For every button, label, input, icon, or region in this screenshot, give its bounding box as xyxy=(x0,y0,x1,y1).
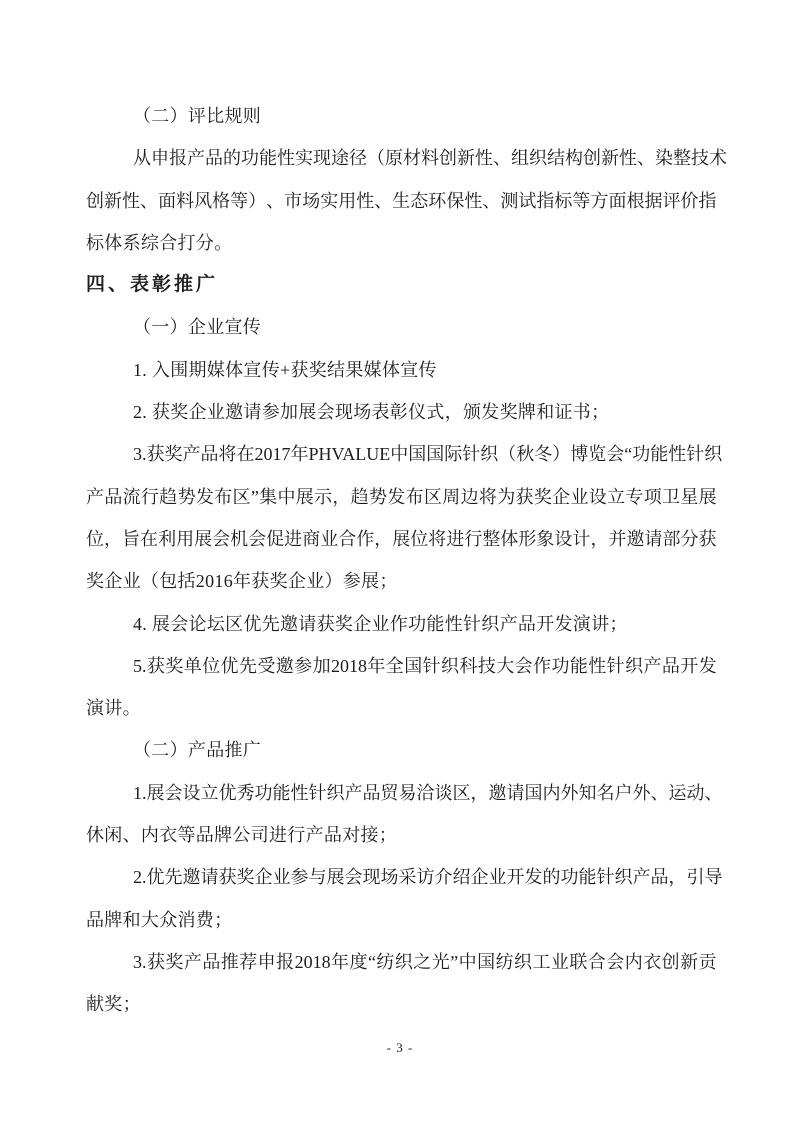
text-token: 现 xyxy=(313,137,331,179)
text-token: 场 xyxy=(302,180,320,222)
text-token: 受 xyxy=(257,645,275,687)
text-token: 用 xyxy=(176,518,194,560)
text-token: 会 xyxy=(212,518,230,560)
text-token: 品 xyxy=(104,476,122,518)
text-token: 年 xyxy=(331,941,349,983)
text-token: 纺 xyxy=(496,941,514,983)
text-token: 推 xyxy=(221,941,239,983)
text-token: 形 xyxy=(518,518,536,560)
text-token: 品 xyxy=(202,941,220,983)
text-token: 2018 xyxy=(295,941,331,983)
item-3-expo-display: 3.获奖产品将在2017年PHVALUE中国国际针织（秋冬）博览会“功能性针织产… xyxy=(86,433,717,602)
text-line: 休闲、内衣等品牌公司进行产品对接； xyxy=(86,814,717,856)
text-token: 织 xyxy=(615,856,633,898)
text-token: 产 xyxy=(345,772,363,814)
text-token: 知 xyxy=(579,772,597,814)
text-token: 织 xyxy=(529,137,547,179)
text-token: 能 xyxy=(570,645,588,687)
text-token: 卫 xyxy=(662,476,680,518)
text-line: （二）产品推广 xyxy=(86,729,717,771)
text-token: 新 xyxy=(601,137,619,179)
text-token: 请 xyxy=(644,518,662,560)
text-token: 面 xyxy=(158,180,176,222)
text-token: 原 xyxy=(385,137,403,179)
text-token: 业 xyxy=(489,856,507,898)
text-token: 度 xyxy=(349,941,367,983)
text-token: 性 xyxy=(356,180,374,222)
text-token: 名 xyxy=(597,772,615,814)
text-token: 生 xyxy=(392,180,410,222)
item-1-trade-negotiation-zone: 1.展会设立优秀功能性针织产品贸易洽谈区，邀请国内外知名户外、运动、休闲、内衣等… xyxy=(86,772,717,857)
text-token: 在 xyxy=(140,518,158,560)
text-token: 与 xyxy=(309,856,327,898)
text-token: 能 xyxy=(259,137,277,179)
text-token: 针 xyxy=(686,433,704,475)
text-token: 会 xyxy=(345,856,363,898)
text-token: 开 xyxy=(507,856,525,898)
text-token: 业 xyxy=(570,476,588,518)
text-token: 、 xyxy=(374,180,392,222)
text-token: 2017 xyxy=(255,433,291,475)
text-token: 、 xyxy=(705,772,723,814)
text-token: ） xyxy=(552,433,570,475)
text-token: 整 xyxy=(482,518,500,560)
document-page: （二）评比规则从申报产品的功能性实现途径（原材料创新性、组织结构创新性、染整技术… xyxy=(0,0,800,1131)
text-token: 外 xyxy=(561,772,579,814)
text-token: 会 xyxy=(165,772,183,814)
text-token: 加 xyxy=(313,645,331,687)
text-token: 促 xyxy=(266,518,284,560)
text-token: 的 xyxy=(223,137,241,179)
text-token: 新 xyxy=(680,941,698,983)
text-token: 内 xyxy=(543,772,561,814)
text-token: ” xyxy=(251,476,259,518)
text-token: 邀 xyxy=(276,645,294,687)
item-4-forum-speech: 4. 展会论坛区优先邀请获奖企业作功能性针织产品开发演讲； xyxy=(86,603,717,645)
text-token: 集 xyxy=(259,476,277,518)
text-token: ， xyxy=(590,518,608,560)
text-token: PH xyxy=(309,433,332,475)
text-token: 年 xyxy=(367,645,385,687)
text-token: 区 xyxy=(424,476,442,518)
text-token: 报 xyxy=(276,941,294,983)
text-token: 产 xyxy=(86,476,104,518)
text-token: 合 xyxy=(588,941,606,983)
text-token: 实 xyxy=(295,137,313,179)
text-token: 功 xyxy=(632,433,650,475)
text-token: 获 xyxy=(147,433,165,475)
text-line: 产品流行趋势发布区”集中展示，趋势发布区周边将为获奖企业设立专项卫星展 xyxy=(86,476,717,518)
text-token: 会 xyxy=(606,433,624,475)
text-token: 纺 xyxy=(376,941,394,983)
text-token: 动 xyxy=(687,772,705,814)
text-line: 2.优先邀请获奖企业参与展会现场采访介绍企业开发的功能针织产品，引导 xyxy=(86,856,717,898)
text-token: 先 xyxy=(239,645,257,687)
text-line: （二）评比规则 xyxy=(86,95,717,137)
text-token: 织 xyxy=(514,941,532,983)
text-token: 作 xyxy=(533,645,551,687)
text-token: 申 xyxy=(258,941,276,983)
text-token: 介 xyxy=(435,856,453,898)
text-token: 织 xyxy=(395,941,413,983)
text-token: 贡 xyxy=(699,941,717,983)
text-token: 荐 xyxy=(239,941,257,983)
text-line: 4. 展会论坛区优先邀请获奖企业作功能性针织产品开发演讲； xyxy=(86,603,717,645)
text-line: 品牌和大众消费； xyxy=(86,899,717,941)
text-token: 标 xyxy=(554,180,572,222)
text-token: 奖 xyxy=(165,645,183,687)
text-token: 会 xyxy=(515,645,533,687)
text-token: 染 xyxy=(655,137,673,179)
text-token: 指 xyxy=(536,180,554,222)
text-token: 织 xyxy=(480,433,498,475)
text-token: 径 xyxy=(349,137,367,179)
text-line: 1.展会设立优秀功能性针织产品贸易洽谈区，邀请国内外知名户外、运动、 xyxy=(86,772,717,814)
text-token: 创 xyxy=(583,137,601,179)
text-token: 中 xyxy=(459,941,477,983)
page-footer: - 3 - xyxy=(0,1039,800,1057)
text-token: ， xyxy=(374,518,392,560)
text-token: 发 xyxy=(699,645,717,687)
text-token: 、 xyxy=(493,137,511,179)
text-token: 洽 xyxy=(417,772,435,814)
text-token: 旨 xyxy=(122,518,140,560)
text-token: 中 xyxy=(390,433,408,475)
section-heading-commend-promotion: 四、表彰推广 xyxy=(86,264,717,306)
text-token: 进 xyxy=(284,518,302,560)
text-token: 织 xyxy=(704,433,722,475)
subheading-product-promotion: （二）产品推广 xyxy=(86,729,717,771)
text-token: 立 xyxy=(201,772,219,814)
text-token: 示 xyxy=(314,476,332,518)
text-token: 针 xyxy=(423,645,441,687)
text-token: 请 xyxy=(201,856,219,898)
text-token: 国 xyxy=(477,941,495,983)
text-token: 布 xyxy=(214,476,232,518)
text-token: 分 xyxy=(681,518,699,560)
text-token: 参 xyxy=(294,645,312,687)
text-line: 四、表彰推广 xyxy=(86,264,717,306)
text-token: 势 xyxy=(369,476,387,518)
text-token: 产 xyxy=(184,941,202,983)
subheading-eval-rules: （二）评比规则 xyxy=(86,95,717,137)
document-body: （二）评比规则从申报产品的功能性实现途径（原材料创新性、组织结构创新性、染整技术… xyxy=(86,95,717,1026)
text-token: 创 xyxy=(662,941,680,983)
text-token: 产 xyxy=(187,137,205,179)
text-token: 、 xyxy=(651,772,669,814)
text-line: 1. 入围期媒体宣传+获奖结果媒体宣传 xyxy=(86,349,717,391)
text-token: 业 xyxy=(273,856,291,898)
text-token: ） xyxy=(248,180,266,222)
text-token: 3. xyxy=(133,433,147,475)
text-token: 优 xyxy=(219,772,237,814)
text-token: 结 xyxy=(547,137,565,179)
text-token: 针 xyxy=(597,856,615,898)
item-3-award-recommendation: 3.获奖产品推荐申报2018年度“纺织之光”中国纺织工业联合会内衣创新贡献奖； xyxy=(86,941,717,1026)
item-2-onsite-interview: 2.优先邀请获奖企业参与展会现场采访介绍企业开发的功能针织产品，引导品牌和大众消… xyxy=(86,856,717,941)
text-token: 、 xyxy=(266,180,284,222)
text-token: 引 xyxy=(687,856,705,898)
text-token: 邀 xyxy=(489,772,507,814)
text-token: 发 xyxy=(525,856,543,898)
text-token: 产 xyxy=(183,433,201,475)
text-token: 参 xyxy=(291,856,309,898)
text-token: 1. xyxy=(133,772,147,814)
text-token: 导 xyxy=(705,856,723,898)
text-token: 行 xyxy=(141,476,159,518)
text-token: 大 xyxy=(496,645,514,687)
text-token: 专 xyxy=(625,476,643,518)
text-token: 开 xyxy=(680,645,698,687)
text-token: 功 xyxy=(255,772,273,814)
text-token: 访 xyxy=(417,856,435,898)
text-line: 3.获奖产品推荐申报2018年度“纺织之光”中国纺织工业联合会内衣创新贡 xyxy=(86,941,717,983)
text-token: ， xyxy=(669,856,687,898)
text-token: 部 xyxy=(663,518,681,560)
text-token: 发 xyxy=(196,476,214,518)
text-token: 展 xyxy=(296,476,314,518)
text-token: 布 xyxy=(406,476,424,518)
text-token: 性 xyxy=(291,772,309,814)
text-token: 奖 xyxy=(237,856,255,898)
text-token: 企 xyxy=(552,476,570,518)
text-token: 际 xyxy=(444,433,462,475)
text-token: 性 xyxy=(464,180,482,222)
item-1-media-publicity: 1. 入围期媒体宣传+获奖结果媒体宣传 xyxy=(86,349,717,391)
text-token: 之 xyxy=(413,941,431,983)
text-token: 能 xyxy=(579,856,597,898)
text-token: 新 xyxy=(104,180,122,222)
text-line: （一）企业宣传 xyxy=(86,306,717,348)
text-token: 评 xyxy=(663,180,681,222)
text-token: 性 xyxy=(668,433,686,475)
text-token: 、 xyxy=(482,180,500,222)
text-token: 中 xyxy=(277,476,295,518)
text-token: 星 xyxy=(680,476,698,518)
text-token: 术 xyxy=(709,137,727,179)
text-token: 国 xyxy=(404,645,422,687)
subheading-enterprise-publicity: （一）企业宣传 xyxy=(86,306,717,348)
text-token: 全 xyxy=(386,645,404,687)
text-token: 功 xyxy=(241,137,259,179)
text-token: 3. xyxy=(133,941,147,983)
text-token: 报 xyxy=(169,137,187,179)
text-token: 外 xyxy=(633,772,651,814)
text-token: 申 xyxy=(151,137,169,179)
text-token: 谈 xyxy=(435,772,453,814)
text-token: 奖 xyxy=(165,433,183,475)
text-token: 途 xyxy=(331,137,349,179)
text-token: 为 xyxy=(497,476,515,518)
text-token: 展 xyxy=(327,856,345,898)
text-line: 标体系综合打分。 xyxy=(86,222,717,264)
text-token: 格 xyxy=(212,180,230,222)
text-token: 获 xyxy=(516,476,534,518)
text-token: 采 xyxy=(399,856,417,898)
text-token: 创 xyxy=(86,180,104,222)
text-token: 趋 xyxy=(159,476,177,518)
text-token: 国 xyxy=(426,433,444,475)
text-token: 创 xyxy=(439,137,457,179)
text-token: 区 xyxy=(453,772,471,814)
text-token: 展 xyxy=(194,518,212,560)
text-token: 展 xyxy=(147,772,165,814)
text-token: 技 xyxy=(478,645,496,687)
text-token: 针 xyxy=(462,433,480,475)
text-token: 区 xyxy=(233,476,251,518)
text-token: 性 xyxy=(475,137,493,179)
text-token: 获 xyxy=(219,856,237,898)
text-token: 工 xyxy=(532,941,550,983)
text-token: 针 xyxy=(607,645,625,687)
text-line: 创新性、面料风格等）、市场实用性、生态环保性、测试指标等方面根据评价指 xyxy=(86,180,717,222)
text-token: 2. xyxy=(133,856,147,898)
text-token: 单 xyxy=(184,645,202,687)
text-token: 展 xyxy=(699,476,717,518)
text-token: 方 xyxy=(590,180,608,222)
text-token: 秋 xyxy=(516,433,534,475)
text-token: 邀 xyxy=(183,856,201,898)
text-token: 会 xyxy=(248,518,266,560)
text-token: 贸 xyxy=(381,772,399,814)
text-token: 2018 xyxy=(331,645,367,687)
text-token: 趋 xyxy=(351,476,369,518)
text-token: 绍 xyxy=(453,856,471,898)
text-token: （ xyxy=(498,433,516,475)
text-token: 获 xyxy=(147,941,165,983)
text-line: 献奖； xyxy=(86,983,717,1025)
text-token: 、 xyxy=(637,137,655,179)
text-token: 品 xyxy=(662,645,680,687)
text-token: 并 xyxy=(608,518,626,560)
text-token: 企 xyxy=(471,856,489,898)
text-token: 立 xyxy=(607,476,625,518)
text-line: 从申报产品的功能性实现途径（原材料创新性、组织结构创新性、染整技术 xyxy=(86,137,717,179)
text-token: 商 xyxy=(302,518,320,560)
text-token: 计 xyxy=(572,518,590,560)
text-token: 价 xyxy=(681,180,699,222)
item-5-tech-conference: 5.获奖单位优先受邀参加2018年全国针织科技大会作功能性针织产品开发演讲。 xyxy=(86,645,717,730)
text-token: 材 xyxy=(403,137,421,179)
text-token: 用 xyxy=(338,180,356,222)
text-line: 演讲。 xyxy=(86,687,717,729)
text-token: 内 xyxy=(625,941,643,983)
text-token: 测 xyxy=(500,180,518,222)
text-token: 户 xyxy=(615,772,633,814)
text-token: 品 xyxy=(201,433,219,475)
text-token: 在 xyxy=(237,433,255,475)
text-token: 机 xyxy=(230,518,248,560)
paragraph-eval-rules-body: 从申报产品的功能性实现途径（原材料创新性、组织结构创新性、染整技术创新性、面料风… xyxy=(86,137,717,264)
text-line: 2. 获奖企业邀请参加展会现场表彰仪式，颁发奖牌和证书； xyxy=(86,391,717,433)
text-token: 业 xyxy=(320,518,338,560)
text-token: 企 xyxy=(255,856,273,898)
text-token: 产 xyxy=(643,645,661,687)
text-token: 设 xyxy=(589,476,607,518)
text-token: 获 xyxy=(699,518,717,560)
text-token: 运 xyxy=(669,772,687,814)
text-token: 博 xyxy=(570,433,588,475)
text-token: 冬 xyxy=(534,433,552,475)
text-token: 技 xyxy=(691,137,709,179)
text-token: ， xyxy=(471,772,489,814)
text-token: 实 xyxy=(320,180,338,222)
text-token: 象 xyxy=(536,518,554,560)
text-token: 根 xyxy=(626,180,644,222)
text-token: 等 xyxy=(572,180,590,222)
text-token: ， xyxy=(332,476,350,518)
text-token: 体 xyxy=(500,518,518,560)
text-token: 组 xyxy=(511,137,529,179)
text-token: 织 xyxy=(625,645,643,687)
text-token: 边 xyxy=(461,476,479,518)
text-token: 流 xyxy=(123,476,141,518)
text-token: 态 xyxy=(410,180,428,222)
text-token: 项 xyxy=(644,476,662,518)
text-token: 业 xyxy=(551,941,569,983)
text-token: VALUE xyxy=(332,433,391,475)
text-token: 位 xyxy=(202,645,220,687)
text-token: 现 xyxy=(363,856,381,898)
text-token: 环 xyxy=(428,180,446,222)
text-token: 发 xyxy=(387,476,405,518)
text-token: （ xyxy=(367,137,385,179)
text-token: 国 xyxy=(525,772,543,814)
text-token: 优 xyxy=(147,856,165,898)
text-line: 位，旨在利用展会机会促进商业合作，展位将进行整体形象设计，并邀请部分获 xyxy=(86,518,717,560)
text-token: 年 xyxy=(291,433,309,475)
text-token: 能 xyxy=(650,433,668,475)
text-token: 科 xyxy=(459,645,477,687)
text-token: 位 xyxy=(86,518,104,560)
text-token: 进 xyxy=(446,518,464,560)
page-number: - 3 - xyxy=(387,1040,414,1055)
text-token: 织 xyxy=(327,772,345,814)
text-token: 保 xyxy=(446,180,464,222)
item-2-award-ceremony: 2. 获奖企业邀请参加展会现场表彰仪式，颁发奖牌和证书； xyxy=(86,391,717,433)
text-token: 料 xyxy=(176,180,194,222)
text-token: 料 xyxy=(421,137,439,179)
text-token: 能 xyxy=(273,772,291,814)
text-token: 获 xyxy=(147,645,165,687)
text-line: 3.获奖产品将在2017年PHVALUE中国国际针织（秋冬）博览会“功能性针织 xyxy=(86,433,717,475)
text-token: 面 xyxy=(608,180,626,222)
text-token: 指 xyxy=(699,180,717,222)
text-token: 衣 xyxy=(643,941,661,983)
text-token: 将 xyxy=(479,476,497,518)
text-token: 合 xyxy=(338,518,356,560)
text-token: 先 xyxy=(165,856,183,898)
text-token: 性 xyxy=(588,645,606,687)
text-token: ” xyxy=(450,941,458,983)
text-token: 性 xyxy=(277,137,295,179)
text-token: 位 xyxy=(410,518,428,560)
text-token: 联 xyxy=(569,941,587,983)
text-token: ， xyxy=(104,518,122,560)
text-token: 势 xyxy=(178,476,196,518)
text-token: 针 xyxy=(309,772,327,814)
text-token: 优 xyxy=(221,645,239,687)
text-token: 周 xyxy=(442,476,460,518)
text-token: 性 xyxy=(122,180,140,222)
text-token: 据 xyxy=(644,180,662,222)
text-token: 性 xyxy=(619,137,637,179)
text-token: 设 xyxy=(183,772,201,814)
text-token: 等 xyxy=(230,180,248,222)
text-token: 功 xyxy=(561,856,579,898)
text-token: 品 xyxy=(205,137,223,179)
text-token: 风 xyxy=(194,180,212,222)
